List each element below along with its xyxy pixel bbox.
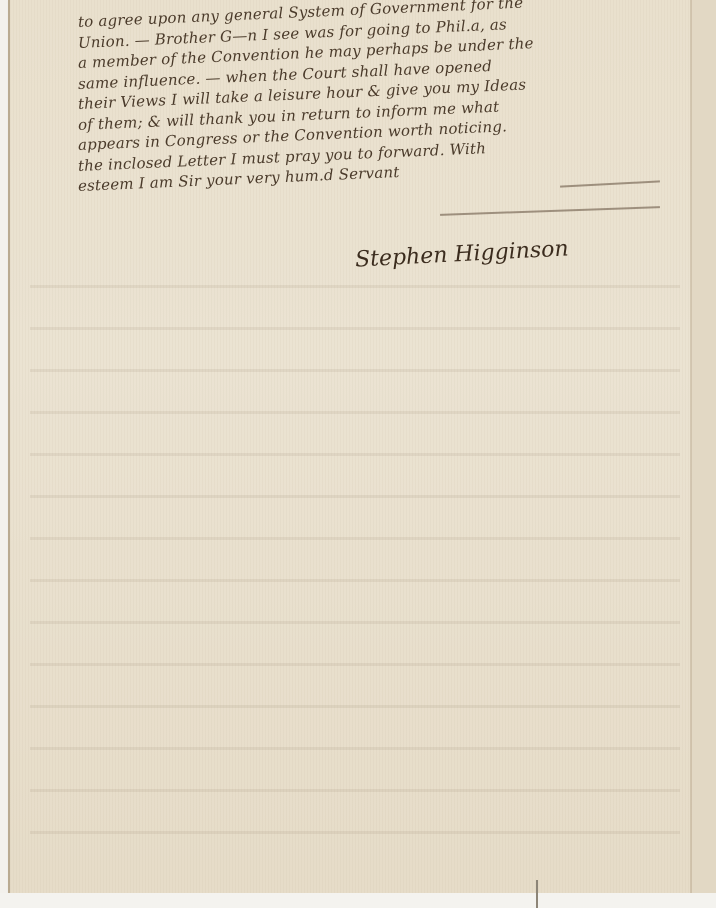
adjacent-sheet-edge xyxy=(692,0,716,893)
bleed-through-text xyxy=(30,255,680,835)
background-paper xyxy=(0,893,716,908)
letter-body: to agree upon any general System of Gove… xyxy=(78,12,678,197)
scanned-page: to agree upon any general System of Gove… xyxy=(0,0,716,908)
page-edge-divider xyxy=(536,880,538,908)
